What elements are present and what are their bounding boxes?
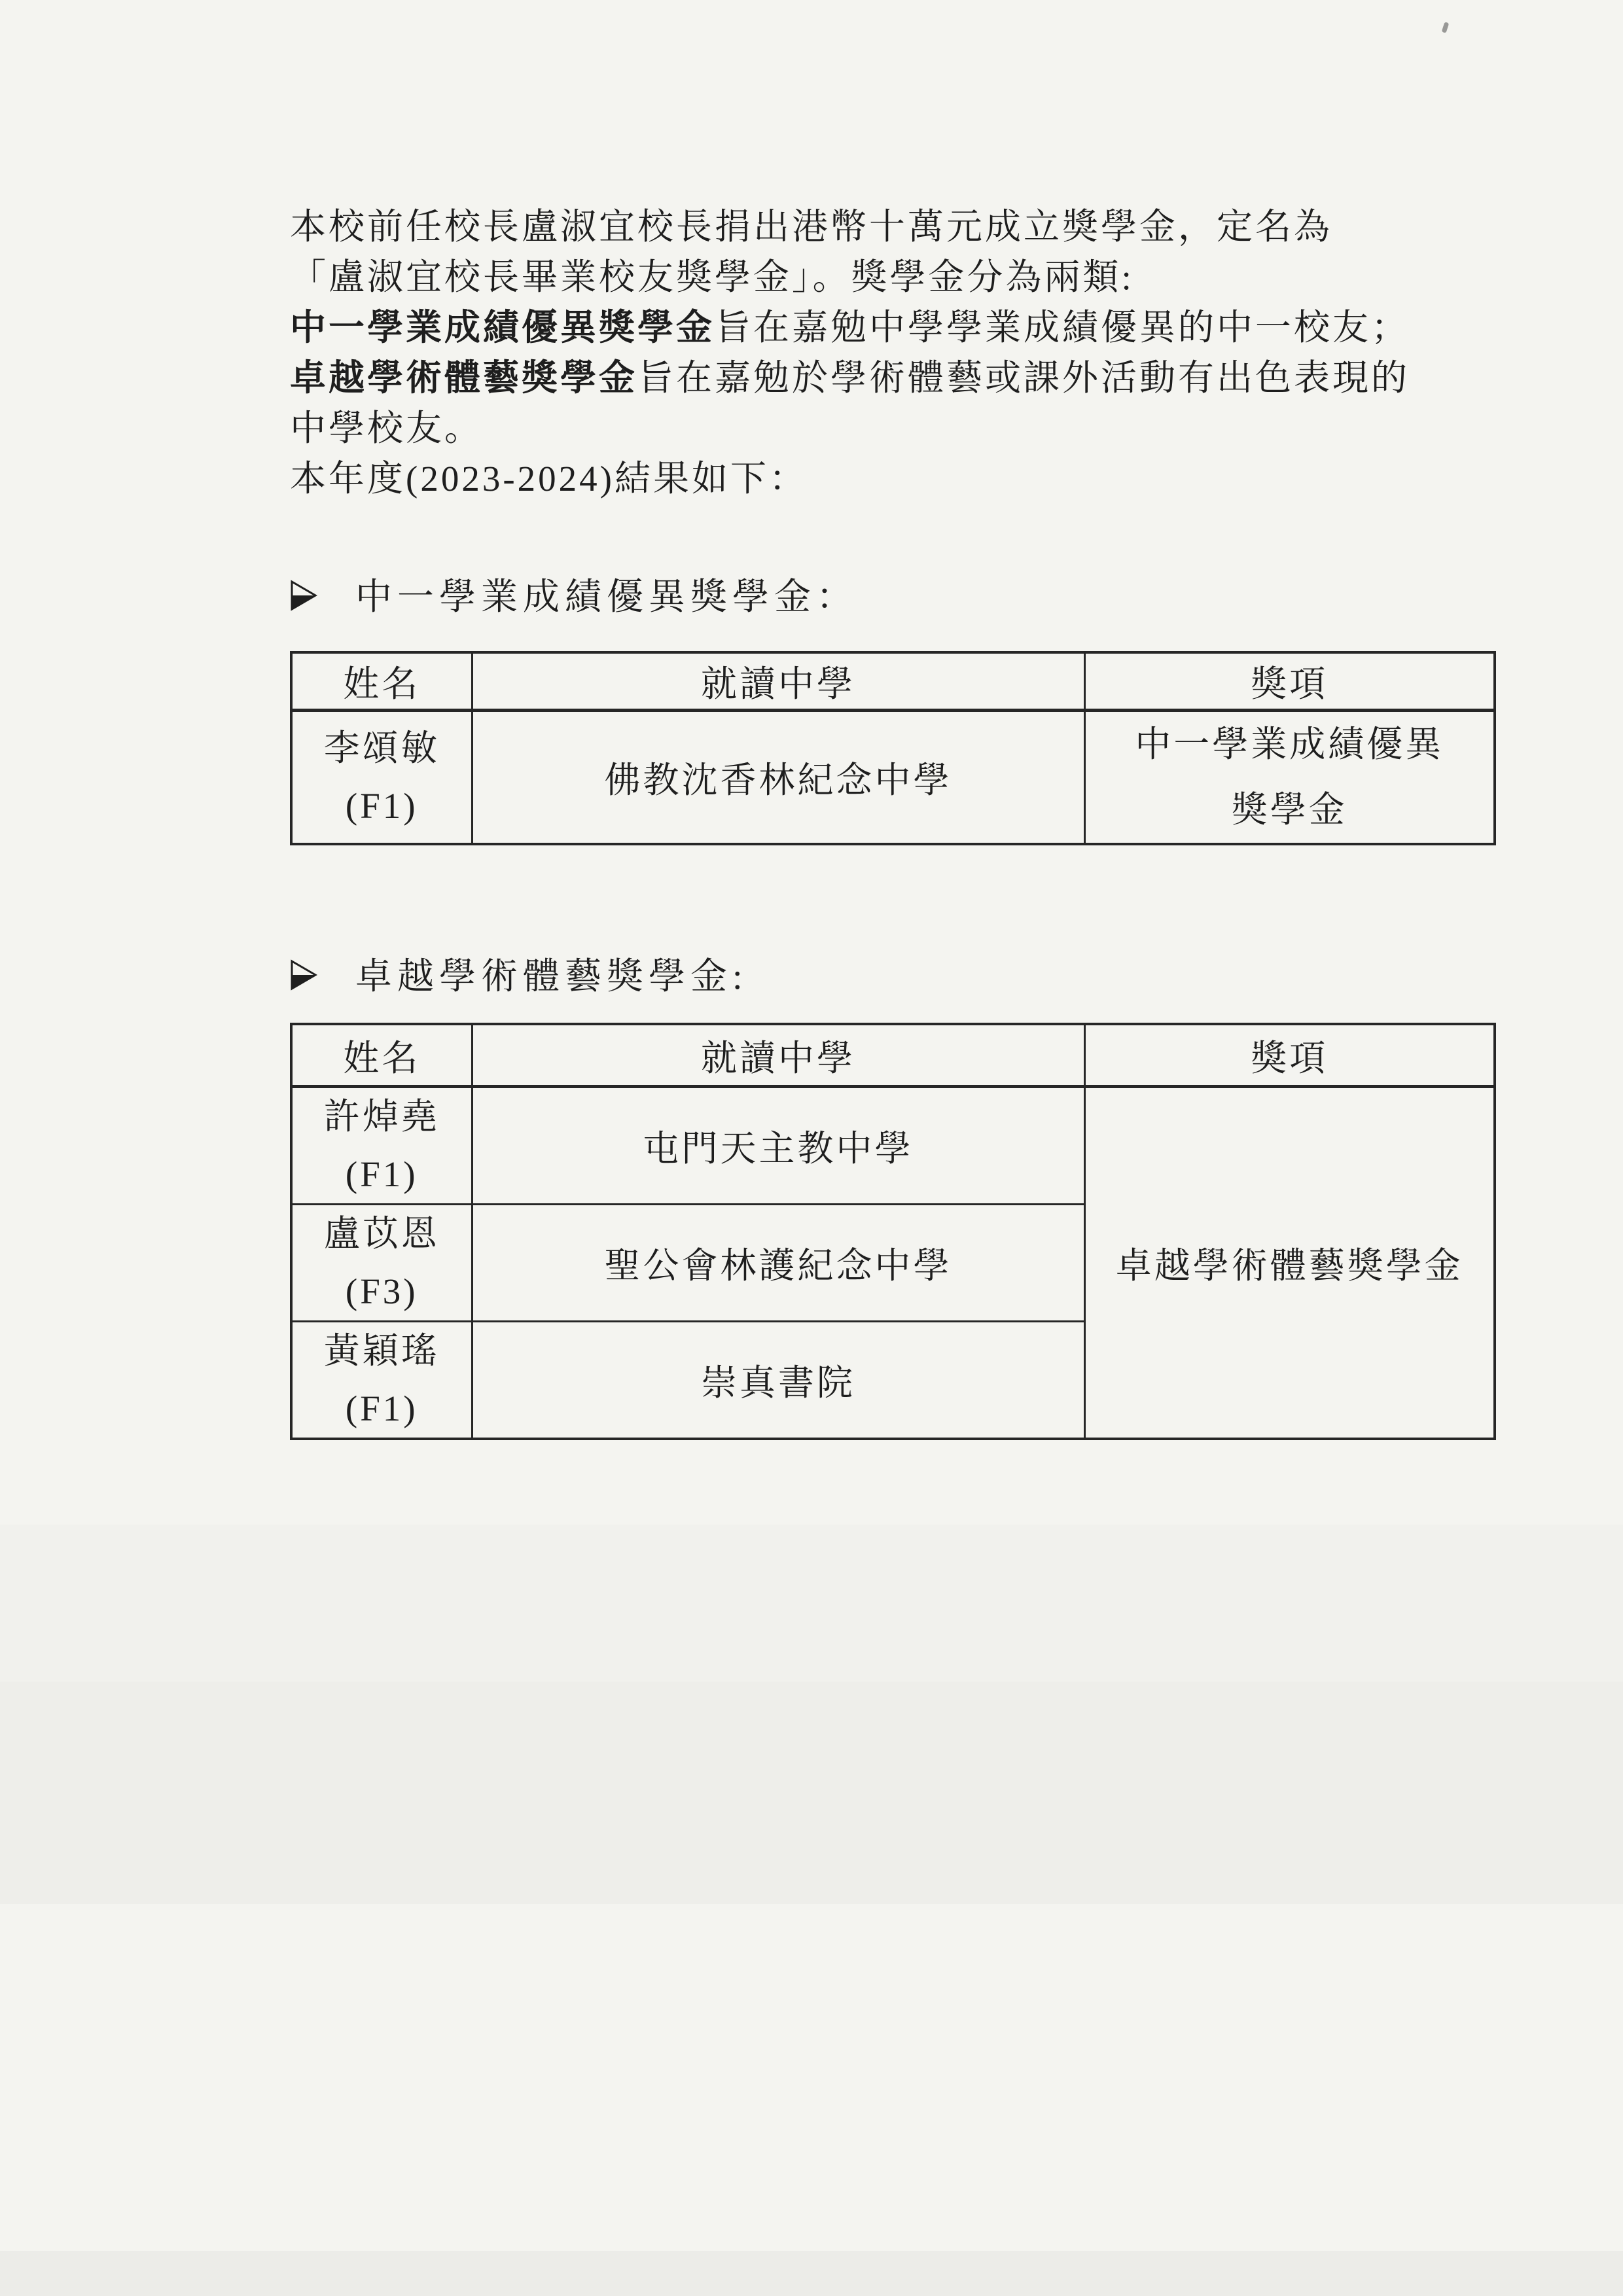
section-heading-excellence: 卓越學術體藝獎學金: bbox=[290, 947, 748, 1000]
student-school-cell: 崇真書院 bbox=[472, 1321, 1084, 1439]
intro-line-4: 卓越學術體藝獎學金旨在嘉勉於學術體藝或課外活動有出色表現的 bbox=[290, 353, 1442, 403]
scholarship-name-excellence: 卓越學術體藝獎學金 bbox=[290, 358, 637, 398]
award-line-1: 中一學業成績優異 bbox=[1086, 712, 1494, 777]
arrowhead-right-icon bbox=[290, 958, 317, 989]
intro-line-3: 中一學業成績優異獎學金旨在嘉勉中學學業成績優異的中一校友； bbox=[290, 302, 1442, 353]
award-cell: 中一學業成績優異 獎學金 bbox=[1084, 710, 1495, 844]
scan-artifact-band bbox=[0, 2251, 1623, 2296]
student-name: 李頌敏 bbox=[293, 720, 471, 777]
scholarship-name-academic: 中一學業成績優異獎學金 bbox=[290, 308, 715, 347]
column-header-award: 獎項 bbox=[1084, 1024, 1495, 1086]
scan-artifact-band bbox=[0, 1525, 1623, 1682]
student-school-cell: 佛教沈香林紀念中學 bbox=[472, 710, 1084, 844]
scan-artifact-band bbox=[0, 1682, 1623, 1904]
column-header-name: 姓名 bbox=[291, 652, 472, 710]
column-header-award: 獎項 bbox=[1084, 652, 1495, 710]
section-heading-academic-label: 中一學業成績優異獎學金： bbox=[355, 568, 858, 620]
column-header-name: 姓名 bbox=[291, 1024, 472, 1086]
scanned-document-page: 本校前任校長盧淑宜校長捐出港幣十萬元成立獎學金，定名為 「盧淑宜校長畢業校友獎學… bbox=[0, 0, 1623, 2296]
student-name-cell: 李頌敏 (F1) bbox=[291, 710, 472, 844]
student-form: (F1) bbox=[293, 1380, 471, 1438]
intro-paragraph: 本校前任校長盧淑宜校長捐出港幣十萬元成立獎學金，定名為 「盧淑宜校長畢業校友獎學… bbox=[290, 202, 1442, 504]
section-heading-excellence-label: 卓越學術體藝獎學金: bbox=[355, 947, 748, 1000]
student-name-cell: 黃穎瑤 (F1) bbox=[291, 1321, 472, 1439]
student-school-cell: 聖公會林護紀念中學 bbox=[472, 1204, 1084, 1321]
table-header-row: 姓名 就讀中學 獎項 bbox=[291, 1024, 1495, 1086]
student-name: 盧苡恩 bbox=[293, 1205, 471, 1263]
intro-line-6: 本年度(2023-2024)結果如下： bbox=[290, 453, 1442, 504]
student-name: 許焯堯 bbox=[293, 1088, 471, 1146]
column-header-school: 就讀中學 bbox=[472, 652, 1084, 710]
arrowhead-right-icon bbox=[290, 578, 317, 610]
intro-line-2: 「盧淑宜校長畢業校友獎學金」。獎學金分為兩類: bbox=[290, 252, 1442, 302]
student-school-cell: 屯門天主教中學 bbox=[472, 1086, 1084, 1204]
student-form: (F1) bbox=[293, 777, 471, 835]
student-name-cell: 許焯堯 (F1) bbox=[291, 1086, 472, 1204]
student-form: (F3) bbox=[293, 1263, 471, 1320]
intro-line-4-rest: 旨在嘉勉於學術體藝或課外活動有出色表現的 bbox=[637, 358, 1410, 398]
student-name: 黃穎瑤 bbox=[293, 1322, 471, 1380]
section-heading-academic: 中一學業成績優異獎學金： bbox=[290, 568, 858, 620]
table-header-row: 姓名 就讀中學 獎項 bbox=[291, 652, 1495, 710]
academic-scholarship-table: 姓名 就讀中學 獎項 李頌敏 (F1) 佛教沈香林紀念中學 中一學業成績優異 獎… bbox=[290, 651, 1496, 845]
table-row: 李頌敏 (F1) 佛教沈香林紀念中學 中一學業成績優異 獎學金 bbox=[291, 710, 1495, 844]
table-row: 許焯堯 (F1) 屯門天主教中學 卓越學術體藝獎學金 bbox=[291, 1086, 1495, 1204]
intro-line-1: 本校前任校長盧淑宜校長捐出港幣十萬元成立獎學金，定名為 bbox=[290, 202, 1442, 252]
intro-line-5: 中學校友。 bbox=[290, 403, 1442, 453]
excellence-scholarship-table: 姓名 就讀中學 獎項 許焯堯 (F1) 屯門天主教中學 卓越學術體藝獎學金 盧苡… bbox=[290, 1023, 1496, 1440]
award-line-2: 獎學金 bbox=[1086, 777, 1494, 843]
scan-speck bbox=[1442, 22, 1450, 33]
student-form: (F1) bbox=[293, 1146, 471, 1203]
merged-award-cell: 卓越學術體藝獎學金 bbox=[1084, 1086, 1495, 1439]
intro-line-3-rest: 旨在嘉勉中學學業成績優異的中一校友； bbox=[715, 308, 1410, 347]
column-header-school: 就讀中學 bbox=[472, 1024, 1084, 1086]
student-name-cell: 盧苡恩 (F3) bbox=[291, 1204, 472, 1321]
